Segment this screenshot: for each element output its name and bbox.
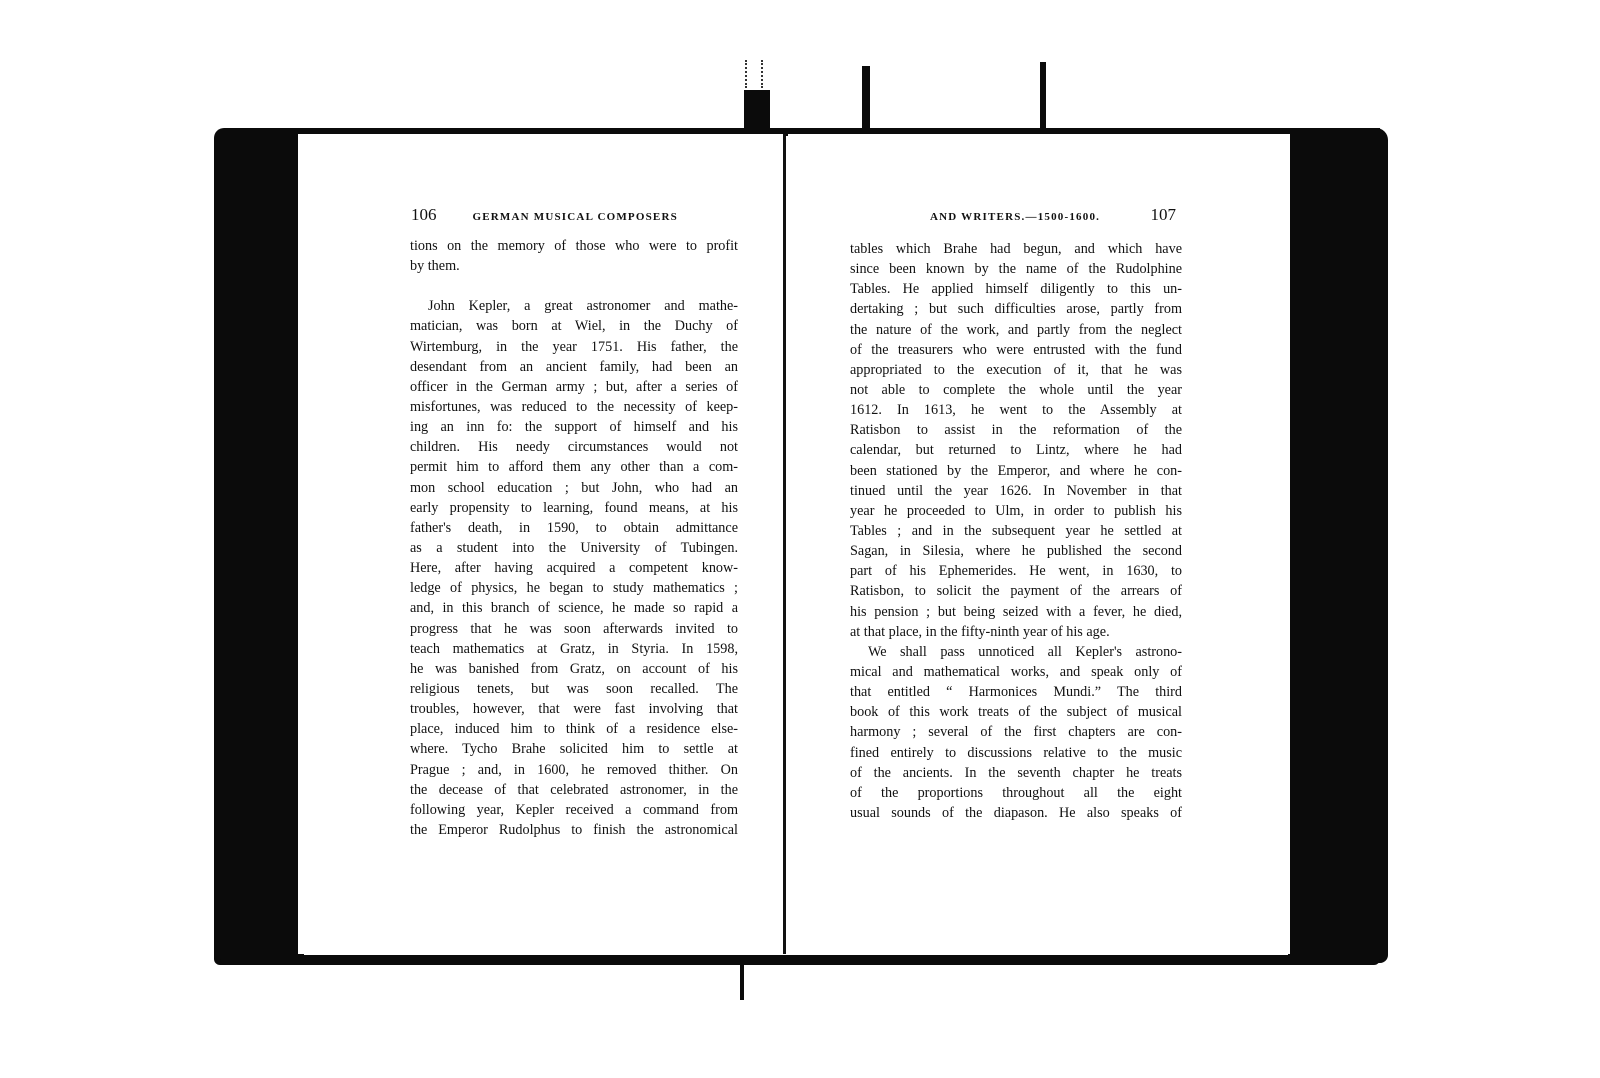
text-line: usual sounds of the diapason. He also sp… bbox=[850, 803, 1182, 823]
text-line: dertaking ; but such difficulties arose,… bbox=[850, 299, 1182, 319]
bookmark-ribbon bbox=[744, 90, 770, 132]
text-line: book of this work treats of the subject … bbox=[850, 702, 1182, 722]
bookmark-ribbon bbox=[1040, 62, 1046, 132]
text-line: Tables ; and in the subsequent year he s… bbox=[850, 521, 1182, 541]
text-line: troubles, however, that were fast involv… bbox=[410, 699, 738, 719]
text-line: and, in this branch of science, he made … bbox=[410, 598, 738, 618]
text-line: tables which Brahe had begun, and which … bbox=[850, 239, 1182, 259]
left-cover-edge bbox=[214, 128, 304, 965]
book-gutter bbox=[783, 134, 786, 954]
text-line: Sagan, in Silesia, where he published th… bbox=[850, 541, 1182, 561]
text-line: religious tenets, but was soon recalled.… bbox=[410, 679, 738, 699]
text-line: the nature of the work, and partly from … bbox=[850, 320, 1182, 340]
text-line: appropriated to the execution of it, tha… bbox=[850, 360, 1182, 380]
text-line: teach mathematics at Gratz, in Styria. I… bbox=[410, 639, 738, 659]
text-line: desendant from an ancient family, had be… bbox=[410, 357, 738, 377]
text-line-paragraph-start: We shall pass unnoticed all Kepler's ast… bbox=[850, 642, 1182, 662]
text-line: father's death, in 1590, to obtain admit… bbox=[410, 518, 738, 538]
text-line: fined entirely to discussions relative t… bbox=[850, 743, 1182, 763]
text-line: ledge of physics, he began to study math… bbox=[410, 578, 738, 598]
text-line: as a student into the University of Tubi… bbox=[410, 538, 738, 558]
page-number: 106 bbox=[411, 205, 437, 225]
text-line: place, induced him to think of a residen… bbox=[410, 719, 738, 739]
text-line: Prague ; and, in 1600, he removed thithe… bbox=[410, 760, 738, 780]
left-page-body: tions on the memory of those who were to… bbox=[410, 236, 738, 840]
running-head-title: AND WRITERS.—1500-1600. bbox=[930, 211, 1100, 223]
text-line: progress that he was soon afterwards inv… bbox=[410, 619, 738, 639]
text-line: 1612. In 1613, he went to the Assembly a… bbox=[850, 400, 1182, 420]
text-line: mon school education ; but John, who had… bbox=[410, 478, 738, 498]
text-line: Wirtemburg, in the year 1751. His father… bbox=[410, 337, 738, 357]
text-line: the Emperor Rudolphus to finish the astr… bbox=[410, 820, 738, 840]
text-line: of the ancients. In the seventh chapter … bbox=[850, 763, 1182, 783]
text-line: tinued until the year 1626. In November … bbox=[850, 481, 1182, 501]
text-line: harmony ; several of the first chapters … bbox=[850, 722, 1182, 742]
text-line: misfortunes, was reduced to the necessit… bbox=[410, 397, 738, 417]
text-line: since been known by the name of the Rudo… bbox=[850, 259, 1182, 279]
text-line: early propensity to learning, found mean… bbox=[410, 498, 738, 518]
text-line: Ratisbon to assist in the reformation of… bbox=[850, 420, 1182, 440]
right-running-head: AND WRITERS.—1500-1600. 107 bbox=[930, 205, 1176, 225]
text-line: he was banished from Gratz, on account o… bbox=[410, 659, 738, 679]
text-line: tions on the memory of those who were to… bbox=[410, 236, 738, 256]
running-head-title: GERMAN MUSICAL COMPOSERS bbox=[473, 211, 678, 223]
text-line: at that place, in the fifty-ninth year o… bbox=[850, 622, 1182, 642]
bookmark-ribbon-frayed bbox=[745, 60, 763, 88]
text-line: mical and mathematical works, and speak … bbox=[850, 662, 1182, 682]
text-line: ing an inn fo: the support of himself an… bbox=[410, 417, 738, 437]
right-cover-edge bbox=[1288, 128, 1388, 963]
text-line: year he proceeded to Ulm, in order to pu… bbox=[850, 501, 1182, 521]
text-line: matician, was born at Wiel, in the Duchy… bbox=[410, 316, 738, 336]
text-line: Here, after having acquired a competent … bbox=[410, 558, 738, 578]
left-running-head: 106 GERMAN MUSICAL COMPOSERS bbox=[411, 205, 741, 225]
text-line: the decease of that celebrated astronome… bbox=[410, 780, 738, 800]
text-line: by them. bbox=[410, 256, 738, 276]
text-line: following year, Kepler received a comman… bbox=[410, 800, 738, 820]
text-line: officer in the German army ; but, after … bbox=[410, 377, 738, 397]
text-line: permit him to afford them any other than… bbox=[410, 457, 738, 477]
paragraph-gap bbox=[410, 276, 738, 296]
text-line-paragraph-start: John Kepler, a great astronomer and math… bbox=[410, 296, 738, 316]
book-scan: 106 GERMAN MUSICAL COMPOSERS AND WRITERS… bbox=[0, 0, 1600, 1078]
right-page-body: tables which Brahe had begun, and which … bbox=[850, 239, 1182, 823]
text-line: part of his Ephemerides. He went, in 163… bbox=[850, 561, 1182, 581]
book-bottom-edge bbox=[220, 955, 1380, 965]
page-number: 107 bbox=[1151, 205, 1177, 225]
text-line: Tables. He applied himself diligently to… bbox=[850, 279, 1182, 299]
text-line: been stationed by the Emperor, and where… bbox=[850, 461, 1182, 481]
text-line: where. Tycho Brahe solicited him to sett… bbox=[410, 739, 738, 759]
text-line: Ratisbon, to solicit the payment of the … bbox=[850, 581, 1182, 601]
text-line: of the treasurers who were entrusted wit… bbox=[850, 340, 1182, 360]
bookmark-ribbon bbox=[862, 66, 870, 132]
text-line: of the proportions throughout all the ei… bbox=[850, 783, 1182, 803]
text-line: that entitled “ Harmonices Mundi.” The t… bbox=[850, 682, 1182, 702]
text-line: calendar, but returned to Lintz, where h… bbox=[850, 440, 1182, 460]
text-line: his pension ; but being seized with a fe… bbox=[850, 602, 1182, 622]
bookmark-ribbon-bottom bbox=[740, 960, 744, 1000]
text-line: not able to complete the whole until the… bbox=[850, 380, 1182, 400]
text-line: children. His needy circumstances would … bbox=[410, 437, 738, 457]
